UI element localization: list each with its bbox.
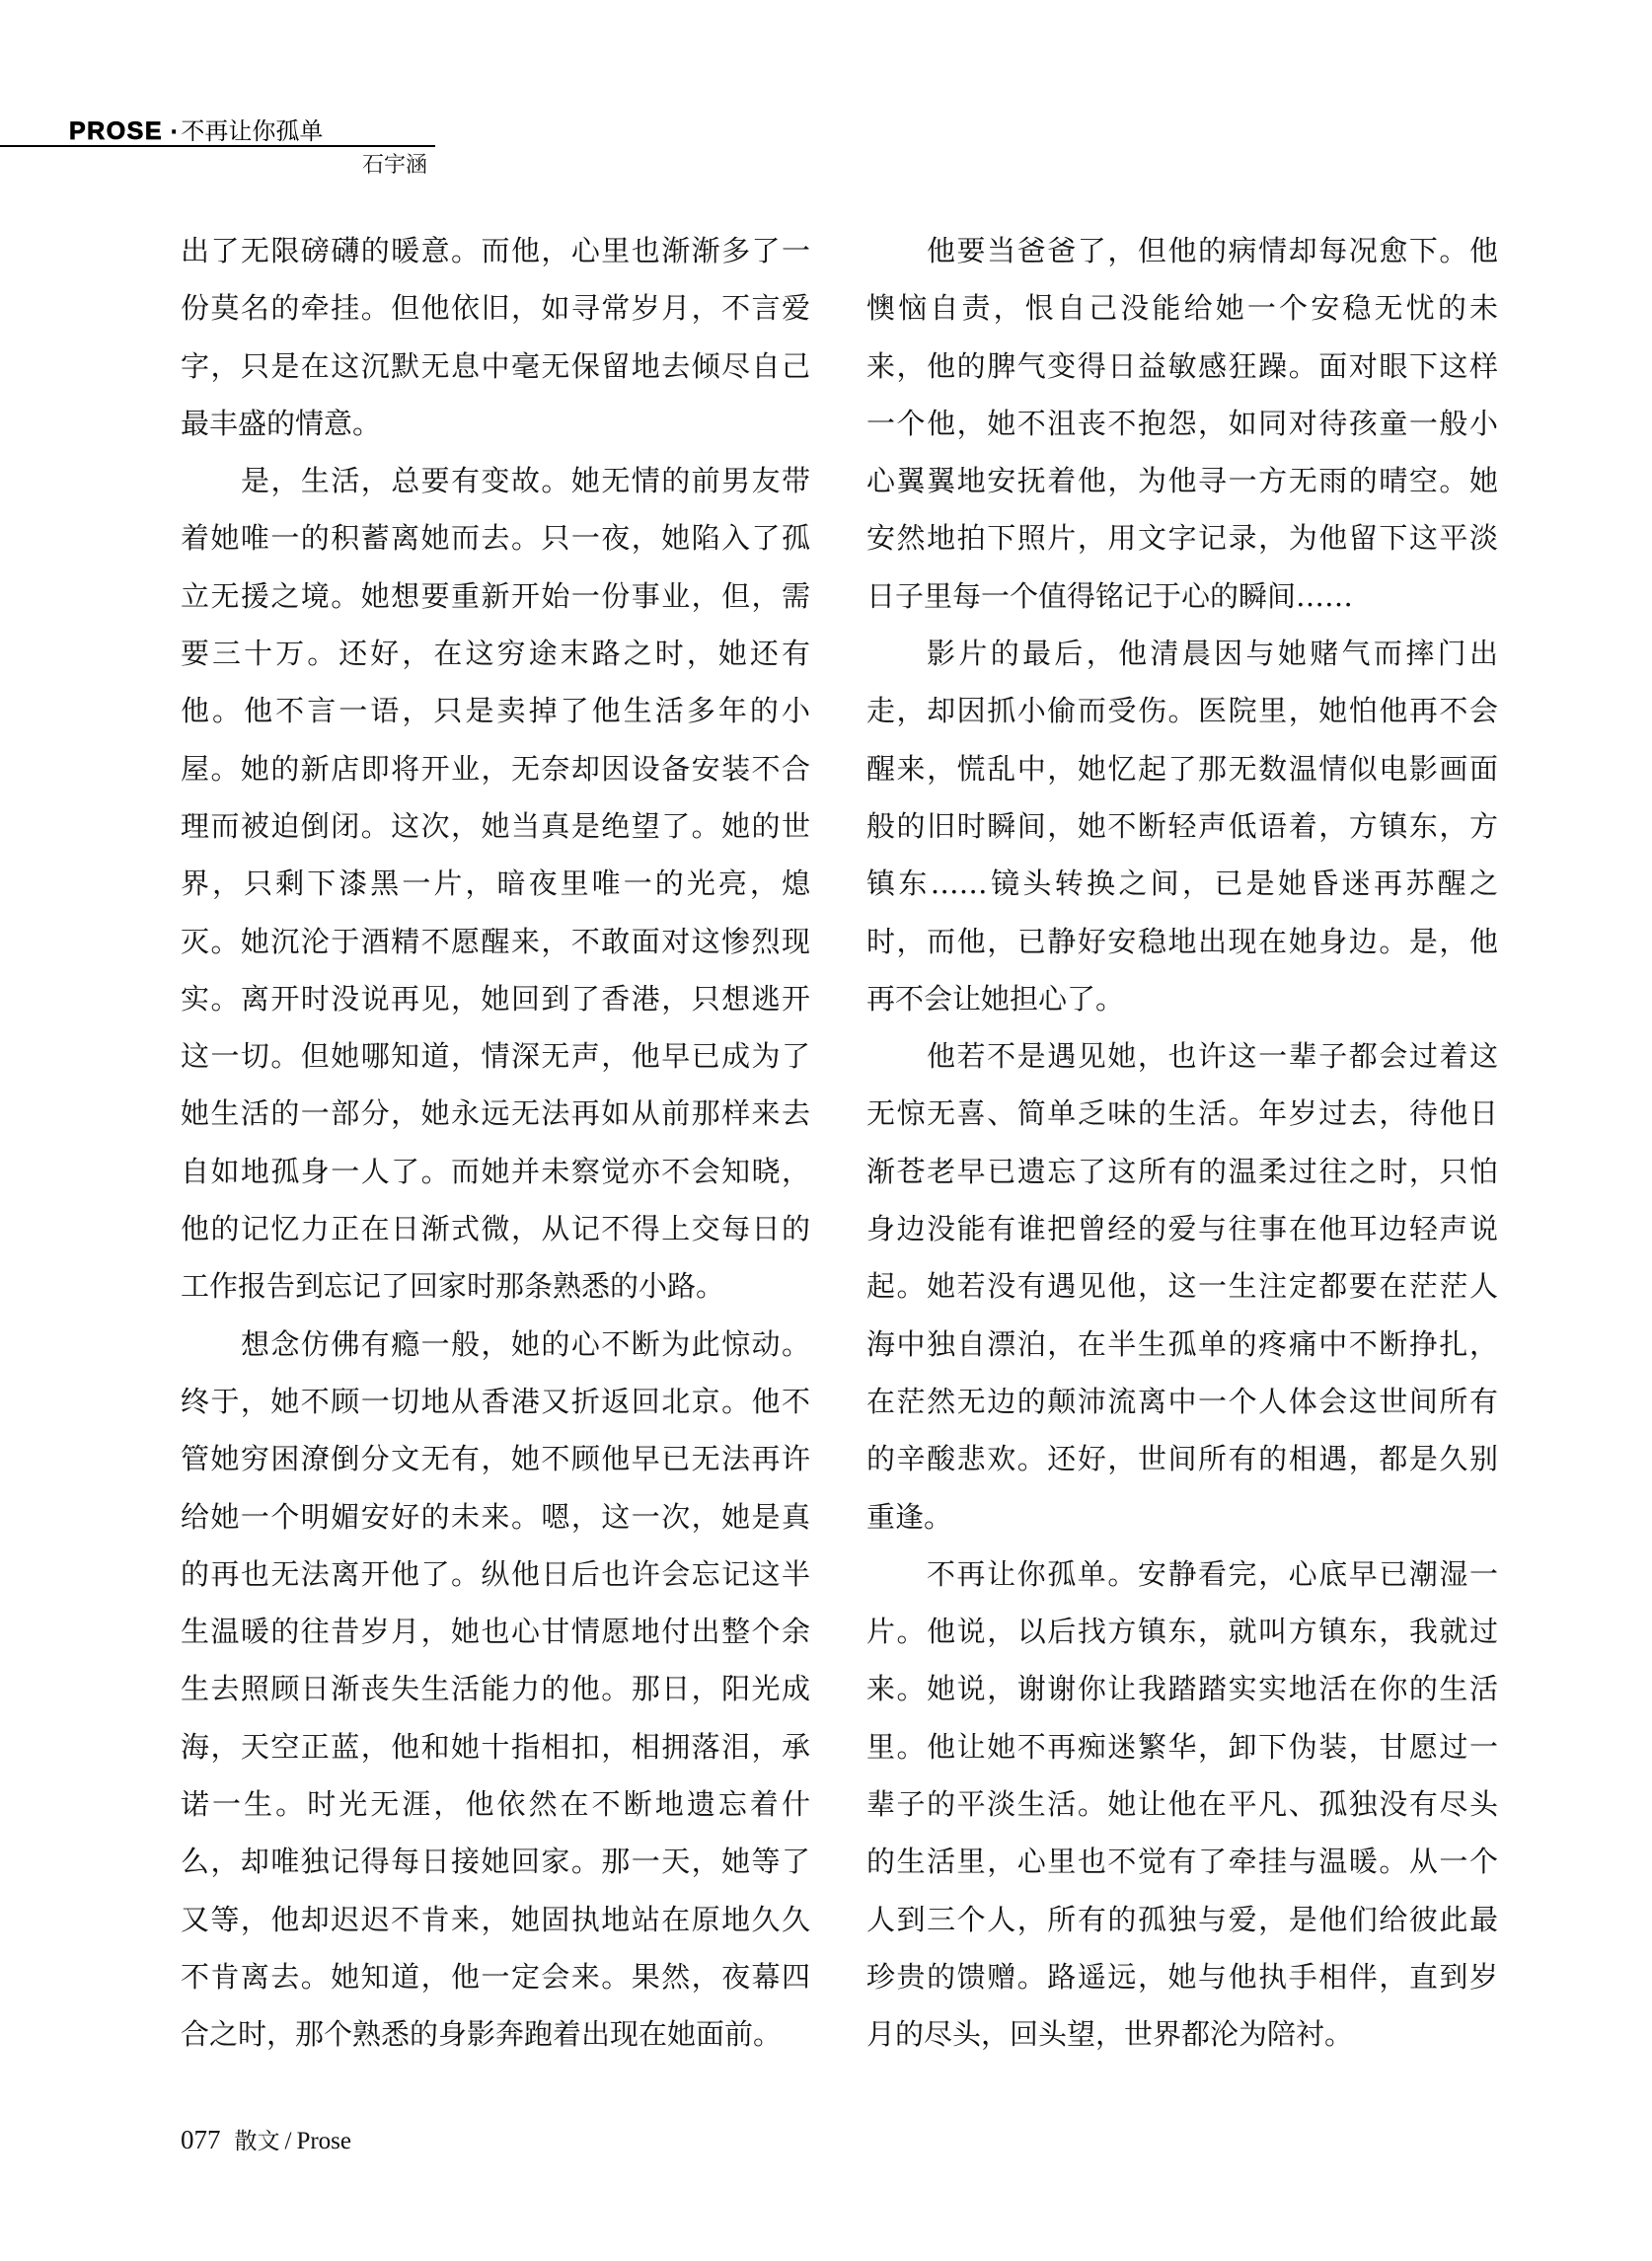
text-line: 无惊无喜、简单乏味的生活。年岁过去，待他日	[866, 1085, 1498, 1142]
text-line: 他要当爸爸了，但他的病情却每况愈下。他	[866, 222, 1498, 279]
text-column-left: 出了无限磅礴的暖意。而他，心里也渐渐多了一 份莫名的牵挂。但他依旧，如寻常岁月，…	[181, 222, 810, 2064]
paragraph: 想念仿佛有瘾一般，她的心不断为此惊动。 终于，她不顾一切地从香港又折返回北京。他…	[181, 1316, 810, 2064]
text-line: 字，只是在这沉默无息中毫无保留地去倾尽自己	[181, 338, 810, 395]
text-line: 般的旧时瞬间，她不断轻声低语着，方镇东，方	[866, 797, 1498, 855]
text-line: 的辛酸悲欢。还好，世间所有的相遇，都是久别	[866, 1430, 1498, 1487]
article-title: 不再让你孤单	[181, 117, 323, 145]
text-line: 出了无限磅礴的暖意。而他，心里也渐渐多了一	[181, 222, 810, 279]
text-line: 屋。她的新店即将开业，无奈却因设备安装不合	[181, 740, 810, 797]
text-line: 她生活的一部分，她永远无法再如从前那样来去	[181, 1085, 810, 1142]
text-line: 月的尽头，回头望，世界都沦为陪衬。	[866, 2005, 1498, 2063]
text-line: 份莫名的牵挂。但他依旧，如寻常岁月，不言爱	[181, 279, 810, 337]
text-line: 安然地拍下照片，用文字记录，为他留下这平淡	[866, 509, 1498, 566]
text-line: 生去照顾日渐丧失生活能力的他。那日，阳光成	[181, 1660, 810, 1717]
text-line: 懊恼自责，恨自己没能给她一个安稳无忧的未	[866, 279, 1498, 337]
text-line: 管她穷困潦倒分文无有，她不顾他早已无法再许	[181, 1430, 810, 1487]
magazine-page: PROSE·不再让你孤单 石宇涵 出了无限磅礴的暖意。而他，心里也渐渐多了一 份…	[0, 0, 1652, 2261]
author-name: 石宇涵	[362, 151, 427, 181]
section-label: PROSE	[69, 117, 163, 145]
text-line: 来，他的脾气变得日益敏感狂躁。面对眼下这样	[866, 338, 1498, 395]
header-rule	[0, 145, 435, 147]
text-line: 不再让你孤单。安静看完，心底早已潮湿一	[866, 1545, 1498, 1603]
paragraph: 他要当爸爸了，但他的病情却每况愈下。他 懊恼自责，恨自己没能给她一个安稳无忧的未…	[866, 222, 1498, 625]
text-line: 身边没能有谁把曾经的爱与往事在他耳边轻声说	[866, 1200, 1498, 1257]
paragraph: 不再让你孤单。安静看完，心底早已潮湿一 片。他说，以后找方镇东，就叫方镇东，我就…	[866, 1545, 1498, 2064]
text-line: 合之时，那个熟悉的身影奔跑着出现在她面前。	[181, 2005, 810, 2063]
page-footer: 077散文/Prose	[181, 2122, 351, 2157]
text-line: 的再也无法离开他了。纵他日后也许会忘记这半	[181, 1545, 810, 1603]
text-line: 珍贵的馈赠。路遥远，她与他执手相伴，直到岁	[866, 1948, 1498, 2005]
footer-slash: /	[285, 2128, 292, 2154]
text-line: 在茫然无边的颠沛流离中一个人体会这世间所有	[866, 1373, 1498, 1430]
text-line: 一个他，她不沮丧不抱怨，如同对待孩童一般小	[866, 395, 1498, 452]
text-line: 这一切。但她哪知道，情深无声，他早已成为了	[181, 1027, 810, 1085]
text-line: 么，却唯独记得每日接她回家。那一天，她等了	[181, 1833, 810, 1890]
text-line: 实。离开时没说再见，她回到了香港，只想逃开	[181, 970, 810, 1027]
text-line: 着她唯一的积蓄离她而去。只一夜，她陷入了孤	[181, 509, 810, 566]
text-line: 海中独自漂泊，在半生孤单的疼痛中不断挣扎，	[866, 1316, 1498, 1373]
text-line: 重逢。	[866, 1488, 1498, 1545]
text-line: 灭。她沉沦于酒精不愿醒来，不敢面对这惨烈现	[181, 913, 810, 970]
section-name-en: Prose	[296, 2128, 351, 2154]
text-line: 给她一个明媚安好的未来。嗯，这一次，她是真	[181, 1488, 810, 1545]
text-line: 想念仿佛有瘾一般，她的心不断为此惊动。	[181, 1316, 810, 1373]
paragraph: 出了无限磅礴的暖意。而他，心里也渐渐多了一 份莫名的牵挂。但他依旧，如寻常岁月，…	[181, 222, 810, 452]
text-line: 人到三个人，所有的孤独与爱，是他们给彼此最	[866, 1891, 1498, 1948]
text-line: 他的记忆力正在日渐式微，从记不得上交每日的	[181, 1200, 810, 1257]
section-name-cn: 散文	[235, 2129, 280, 2154]
text-line: 日子里每一个值得铭记于心的瞬间……	[866, 567, 1498, 625]
paragraph: 是，生活，总要有变故。她无情的前男友带 着她唯一的积蓄离她而去。只一夜，她陷入了…	[181, 452, 810, 1315]
separator-dot: ·	[170, 120, 178, 145]
text-line: 心翼翼地安抚着他，为他寻一方无雨的晴空。她	[866, 452, 1498, 509]
text-line: 不肯离去。她知道，他一定会来。果然，夜幕四	[181, 1948, 810, 2005]
paragraph: 影片的最后，他清晨因与她赌气而摔门出 走，却因抓小偷而受伤。医院里，她怕他再不会…	[866, 625, 1498, 1027]
text-line: 又等，他却迟迟不肯来，她固执地站在原地久久	[181, 1891, 810, 1948]
text-line: 渐苍老早已遗忘了这所有的温柔过往之时，只怕	[866, 1143, 1498, 1200]
text-line: 诺一生。时光无涯，他依然在不断地遗忘着什	[181, 1775, 810, 1833]
text-line: 最丰盛的情意。	[181, 395, 810, 452]
text-line: 界，只剩下漆黑一片，暗夜里唯一的光亮，熄	[181, 855, 810, 912]
text-line: 来。她说，谢谢你让我踏踏实实地活在你的生活	[866, 1660, 1498, 1717]
text-line: 的生活里，心里也不觉有了牵挂与温暖。从一个	[866, 1833, 1498, 1890]
text-line: 理而被迫倒闭。这次，她当真是绝望了。她的世	[181, 797, 810, 855]
text-line: 片。他说，以后找方镇东，就叫方镇东，我就过	[866, 1603, 1498, 1660]
text-line: 走，却因抓小偷而受伤。医院里，她怕他再不会	[866, 682, 1498, 739]
paragraph: 他若不是遇见她，也许这一辈子都会过着这 无惊无喜、简单乏味的生活。年岁过去，待他…	[866, 1027, 1498, 1545]
text-line: 要三十万。还好，在这穷途末路之时，她还有	[181, 625, 810, 682]
text-column-right: 他要当爸爸了，但他的病情却每况愈下。他 懊恼自责，恨自己没能给她一个安稳无忧的未…	[866, 222, 1498, 2064]
text-line: 再不会让她担心了。	[866, 970, 1498, 1027]
text-line: 醒来，慌乱中，她忆起了那无数温情似电影画面	[866, 740, 1498, 797]
text-line: 影片的最后，他清晨因与她赌气而摔门出	[866, 625, 1498, 682]
text-line: 生温暖的往昔岁月，她也心甘情愿地付出整个余	[181, 1603, 810, 1660]
text-line: 起。她若没有遇见他，这一生注定都要在茫茫人	[866, 1257, 1498, 1315]
text-line: 里。他让她不再痴迷繁华，卸下伪装，甘愿过一	[866, 1718, 1498, 1775]
text-line: 海，天空正蓝，他和她十指相扣，相拥落泪，承	[181, 1718, 810, 1775]
page-number: 077	[181, 2125, 221, 2154]
text-line: 时，而他，已静好安稳地出现在她身边。是，他	[866, 913, 1498, 970]
text-line: 立无援之境。她想要重新开始一份事业，但，需	[181, 567, 810, 625]
text-line: 辈子的平淡生活。她让他在平凡、孤独没有尽头	[866, 1775, 1498, 1833]
text-line: 自如地孤身一人了。而她并未察觉亦不会知晓，	[181, 1143, 810, 1200]
running-header: PROSE·不再让你孤单	[69, 116, 323, 146]
text-line: 终于，她不顾一切地从香港又折返回北京。他不	[181, 1373, 810, 1430]
text-line: 他。他不言一语，只是卖掉了他生活多年的小	[181, 682, 810, 739]
text-line: 镇东……镜头转换之间，已是她昏迷再苏醒之	[866, 855, 1498, 912]
text-line: 他若不是遇见她，也许这一辈子都会过着这	[866, 1027, 1498, 1085]
text-line: 工作报告到忘记了回家时那条熟悉的小路。	[181, 1257, 810, 1315]
text-line: 是，生活，总要有变故。她无情的前男友带	[181, 452, 810, 509]
